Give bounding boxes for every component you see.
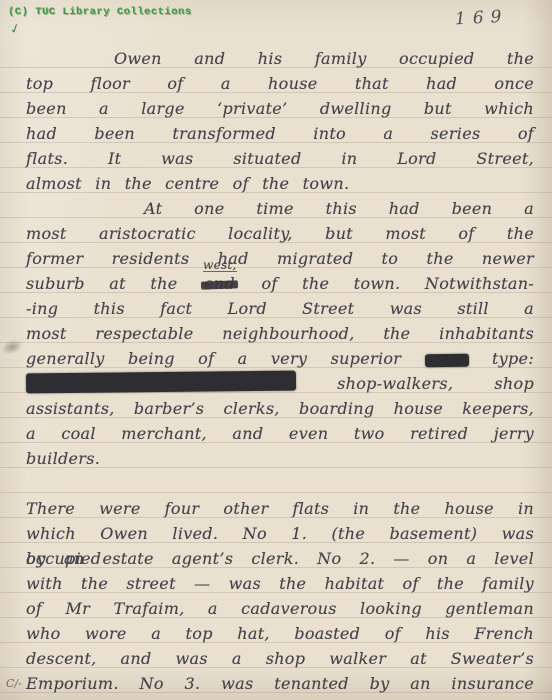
manuscript-line: assistants, barber’s clerks, boarding ho… [26, 396, 534, 421]
handwritten-text: shop-walkers, shop [337, 374, 534, 393]
manuscript-line: -ing this fact Lord Street was still a [26, 296, 534, 321]
manuscript-page: (C) TUC Library Collections ✓ 169 Owen a… [0, 0, 552, 700]
pen-tick-mark: ✓ [8, 21, 23, 39]
handwritten-text: generally being of a very superior [26, 349, 401, 368]
handwritten-text: with the street — was the habitat of the… [26, 574, 534, 593]
handwritten-text: former residents had migrated to the new… [26, 249, 534, 268]
manuscript-line: with the street — was the habitat of the… [26, 571, 534, 596]
handwritten-text: suburb at the [26, 274, 177, 293]
struck-out-word: end [204, 271, 235, 296]
manuscript-line: most aristocratic locality, but most of … [26, 221, 534, 246]
handwritten-text: had been transformed into a series of [26, 124, 534, 143]
manuscript-line: former residents had migrated to the new… [26, 246, 534, 271]
ink-redaction [26, 371, 296, 394]
manuscript-line: by an estate agent’s clerk. No 2. — on a… [26, 546, 534, 571]
handwritten-text: most respectable neighbourhood, the inha… [26, 324, 534, 343]
manuscript-line: who wore a top hat, boasted of his Frenc… [26, 621, 534, 646]
manuscript-line: Owen and his family occupied the [26, 46, 534, 71]
manuscript-line: top floor of a house that had once [26, 71, 534, 96]
handwritten-text: There were four other flats in the house… [26, 499, 534, 518]
manuscript-line: generally being of a very superior type: [26, 346, 534, 371]
manuscript-line: builders. [26, 446, 534, 471]
manuscript-line: a coal merchant, and even two retired je… [26, 421, 534, 446]
margin-mark-bottom-left: C/- [6, 677, 22, 690]
inline-correction: west,end [202, 271, 237, 296]
manuscript-line: shop-walkers, shop [26, 371, 534, 396]
manuscript-line: most respectable neighbourhood, the inha… [26, 321, 534, 346]
handwritten-text: by an estate agent’s clerk. No 2. — on a… [26, 549, 534, 568]
manuscript-line: had been transformed into a series of [26, 121, 534, 146]
handwritten-text: At one time this had been a [144, 199, 534, 218]
manuscript-text-block: Owen and his family occupied thetop floo… [26, 46, 534, 696]
manuscript-line: Emporium. No 3. was tenanted by an insur… [26, 671, 534, 696]
handwritten-text: builders. [26, 449, 100, 468]
handwritten-text: top floor of a house that had once [26, 74, 534, 93]
manuscript-line: of Mr Trafaim, a cadaverous looking gent… [26, 596, 534, 621]
manuscript-line: There were four other flats in the house… [26, 496, 534, 521]
handwritten-text: type: [492, 349, 534, 368]
margin-smudge [0, 337, 25, 357]
watermark-text: (C) TUC Library Collections [8, 6, 192, 18]
page-number: 169 [454, 7, 508, 30]
handwritten-text: most aristocratic locality, but most of … [26, 224, 534, 243]
handwritten-text: descent, and was a shop walker at Sweate… [26, 649, 534, 668]
handwritten-text: who wore a top hat, boasted of his Frenc… [26, 624, 534, 643]
handwritten-text: Owen and his family occupied the [114, 49, 534, 68]
manuscript-line: been a large ‘private’ dwelling but whic… [26, 96, 534, 121]
handwritten-text: been a large ‘private’ dwelling but whic… [26, 99, 534, 118]
handwritten-text: of Mr Trafaim, a cadaverous looking gent… [26, 599, 534, 618]
handwritten-text: assistants, barber’s clerks, boarding ho… [26, 399, 534, 418]
handwritten-text: a coal merchant, and even two retired je… [26, 424, 534, 443]
paragraph-gap [26, 471, 534, 496]
handwritten-text: -ing this fact Lord Street was still a [26, 299, 534, 318]
handwritten-text: flats. It was situated in Lord Street, [26, 149, 534, 168]
manuscript-line: which Owen lived. No 1. (the basement) w… [26, 521, 534, 546]
manuscript-line: flats. It was situated in Lord Street, [26, 146, 534, 171]
manuscript-line: suburb at the west,end of the town. Notw… [26, 271, 534, 296]
handwritten-text: almost in the centre of the town. [26, 174, 349, 193]
manuscript-line: almost in the centre of the town. [26, 171, 534, 196]
handwritten-text: of the town. Notwithstan- [261, 274, 534, 293]
handwritten-text: Emporium. No 3. was tenanted by an insur… [26, 674, 534, 693]
manuscript-line: At one time this had been a [26, 196, 534, 221]
ink-redaction [425, 354, 469, 367]
manuscript-line: descent, and was a shop walker at Sweate… [26, 646, 534, 671]
